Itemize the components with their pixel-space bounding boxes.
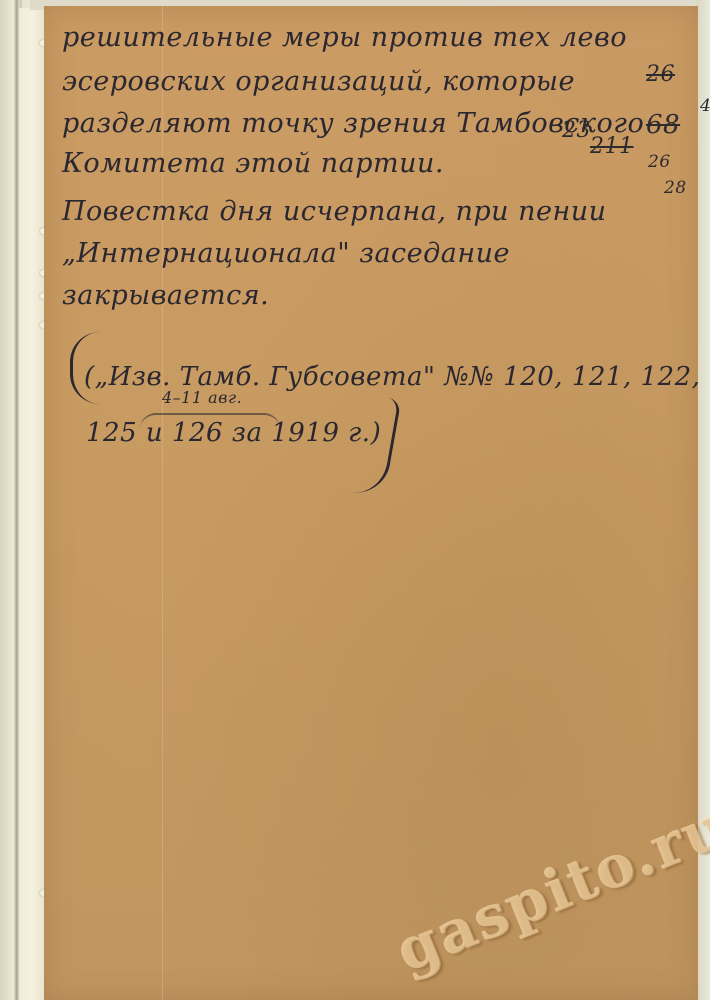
- body-line-1: решительные меры против тех лево: [62, 22, 627, 53]
- body-line-7: закрывается.: [62, 280, 269, 311]
- body-line-6: „Интернационала" заседание: [62, 238, 510, 269]
- citation-line-2: 125 и 126 за 1919 г.): [86, 418, 381, 448]
- page-number-26: 26: [648, 152, 671, 172]
- body-line-4: Комитета этой партии.: [62, 148, 444, 179]
- body-line-2: эсеровских организаций, которые: [62, 66, 575, 97]
- body-line-3: разделяют точку зрения Тамбовского: [62, 108, 644, 139]
- page-number-struck-1: 26: [646, 62, 675, 87]
- page-number-struck-3: 211: [590, 134, 634, 159]
- body-line-5: Повестка дня исчерпана, при пении: [62, 196, 607, 227]
- binding-strip: [19, 8, 46, 1000]
- margin-mark: 4: [700, 96, 710, 116]
- citation-dates-note: 4–11 авг.: [162, 388, 242, 407]
- page-number-struck-2: 68: [646, 110, 680, 140]
- page-number-28: 28: [664, 178, 687, 198]
- page-number-23: 23: [562, 118, 591, 143]
